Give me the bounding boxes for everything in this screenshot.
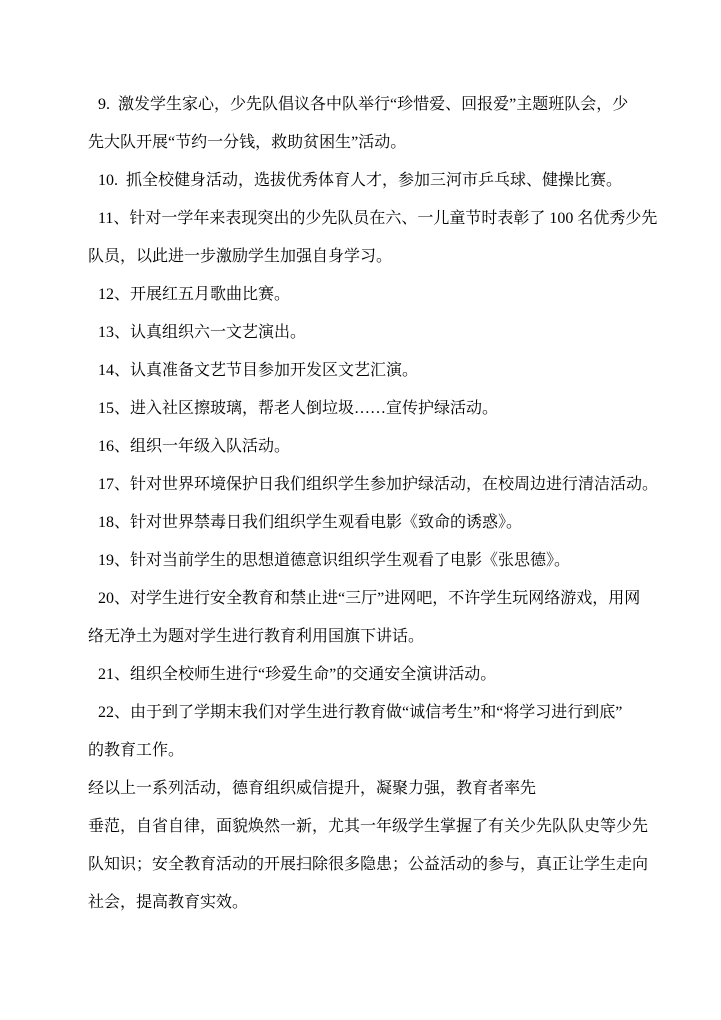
text-line: 经以上一系列活动，德育组织威信提升，凝聚力强，教育者率先: [88, 770, 616, 808]
text-line: 先大队开展“节约一分钱，救助贫困生”活动。: [88, 124, 616, 162]
text-line: 19、针对当前学生的思想道德意识组织学生观看了电影《张思德》。: [88, 542, 616, 580]
text-line: 的教育工作。: [88, 732, 616, 770]
text-line: 垂范，自省自律，面貌焕然一新，尤其一年级学生掌握了有关少先队队史等少先: [88, 808, 616, 846]
document-body: 9. 激发学生家心，少先队倡议各中队举行“珍惜爱、回报爱”主题班队会，少先大队开…: [88, 86, 616, 922]
text-line: 22、由于到了学期末我们对学生进行教育做“诚信考生”和“将学习进行到底”: [88, 694, 616, 732]
text-line: 社会，提高教育实效。: [88, 884, 616, 922]
text-line: 14、认真准备文艺节目参加开发区文艺汇演。: [88, 352, 616, 390]
text-line: 络无净土为题对学生进行教育利用国旗下讲话。: [88, 618, 616, 656]
text-line: 18、针对世界禁毒日我们组织学生观看电影《致命的诱惑》。: [88, 504, 616, 542]
text-line: 20、对学生进行安全教育和禁止进“三厅”进网吧，不许学生玩网络游戏，用网: [88, 580, 616, 618]
text-line: 13、认真组织六一文艺演出。: [88, 314, 616, 352]
document-page: 9. 激发学生家心，少先队倡议各中队举行“珍惜爱、回报爱”主题班队会，少先大队开…: [0, 0, 721, 1020]
text-line: 16、组织一年级入队活动。: [88, 428, 616, 466]
text-line: 21、组织全校师生进行“珍爱生命”的交通安全演讲活动。: [88, 656, 616, 694]
text-line: 11、针对一学年来表现突出的少先队员在六、一儿童节时表彰了 100 名优秀少先: [88, 200, 616, 238]
text-line: 12、开展红五月歌曲比赛。: [88, 276, 616, 314]
text-line: 17、针对世界环境保护日我们组织学生参加护绿活动，在校周边进行清洁活动。: [88, 466, 616, 504]
text-line: 15、进入社区擦玻璃，帮老人倒垃圾……宣传护绿活动。: [88, 390, 616, 428]
text-line: 队员，以此进一步激励学生加强自身学习。: [88, 238, 616, 276]
text-line: 10. 抓全校健身活动，选拔优秀体育人才，参加三河市乒乓球、健操比赛。: [88, 162, 616, 200]
text-line: 队知识；安全教育活动的开展扫除很多隐患；公益活动的参与，真正让学生走向: [88, 846, 616, 884]
text-line: 9. 激发学生家心，少先队倡议各中队举行“珍惜爱、回报爱”主题班队会，少: [88, 86, 616, 124]
